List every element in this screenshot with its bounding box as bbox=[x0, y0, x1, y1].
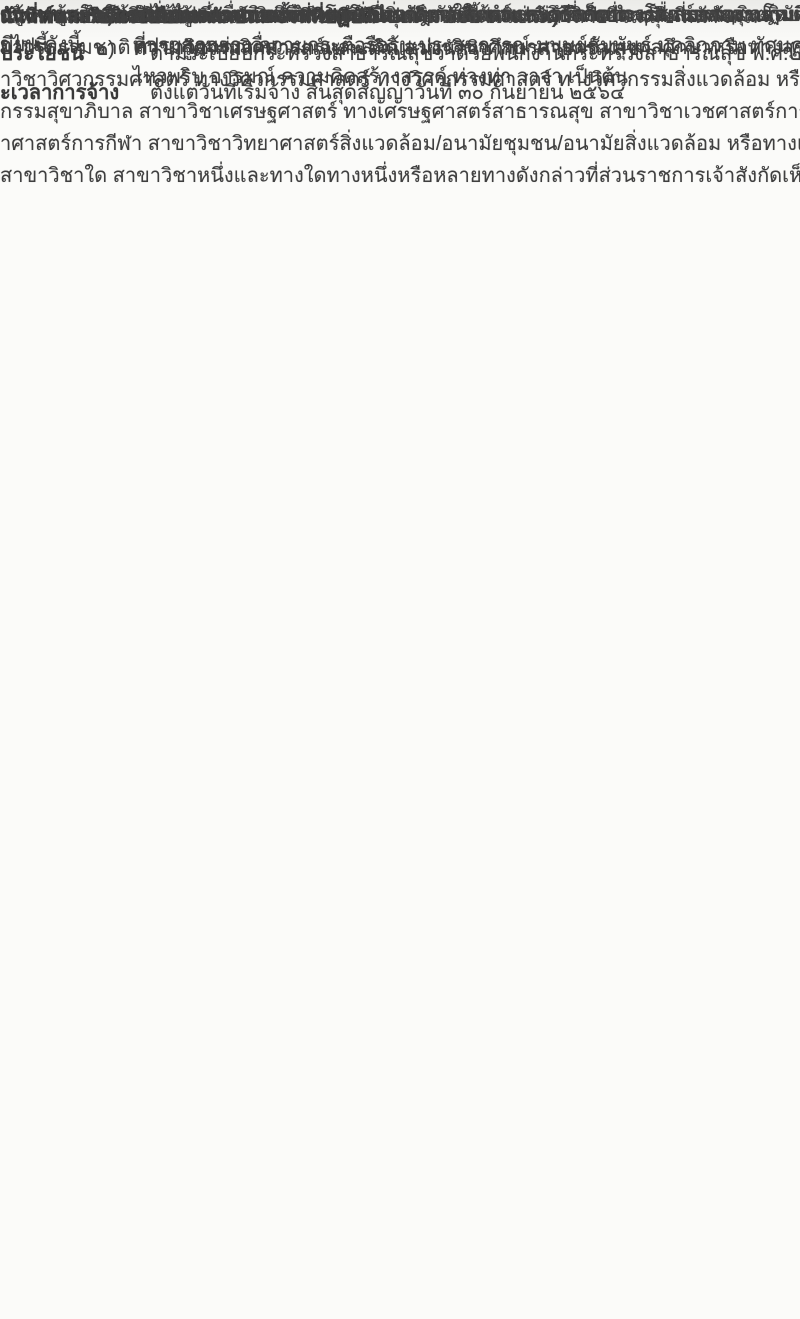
paragraph-line: าศาสตร์การกีฬา สาขาวิชาวิทยาศาสตร์สิ่งแว… bbox=[0, 128, 800, 160]
list-item-continuation: ไหวพริบ อารมณ์ ความคิดสร้างสรรค์ ท่วงท่า… bbox=[95, 62, 800, 93]
scanned-document-page: าวิชาเทคโนโลยีชีวภาพ สาขาวิชาเทคโนโลยีสิ… bbox=[0, 0, 800, 1319]
page-footer: ตำแหน่งนักวิชาการสาธารณสุข หน้า ๓-๓ bbox=[403, 0, 758, 32]
list-item-continuation: ความสามารถ ความกระตือรือร้น ประสบการณ์ ม… bbox=[95, 31, 800, 62]
paragraph-line: สาขาวิชาใด สาขาวิชาหนึ่งและทางใดทางหนึ่ง… bbox=[0, 160, 800, 192]
list-item-number: ๒) bbox=[95, 0, 133, 31]
